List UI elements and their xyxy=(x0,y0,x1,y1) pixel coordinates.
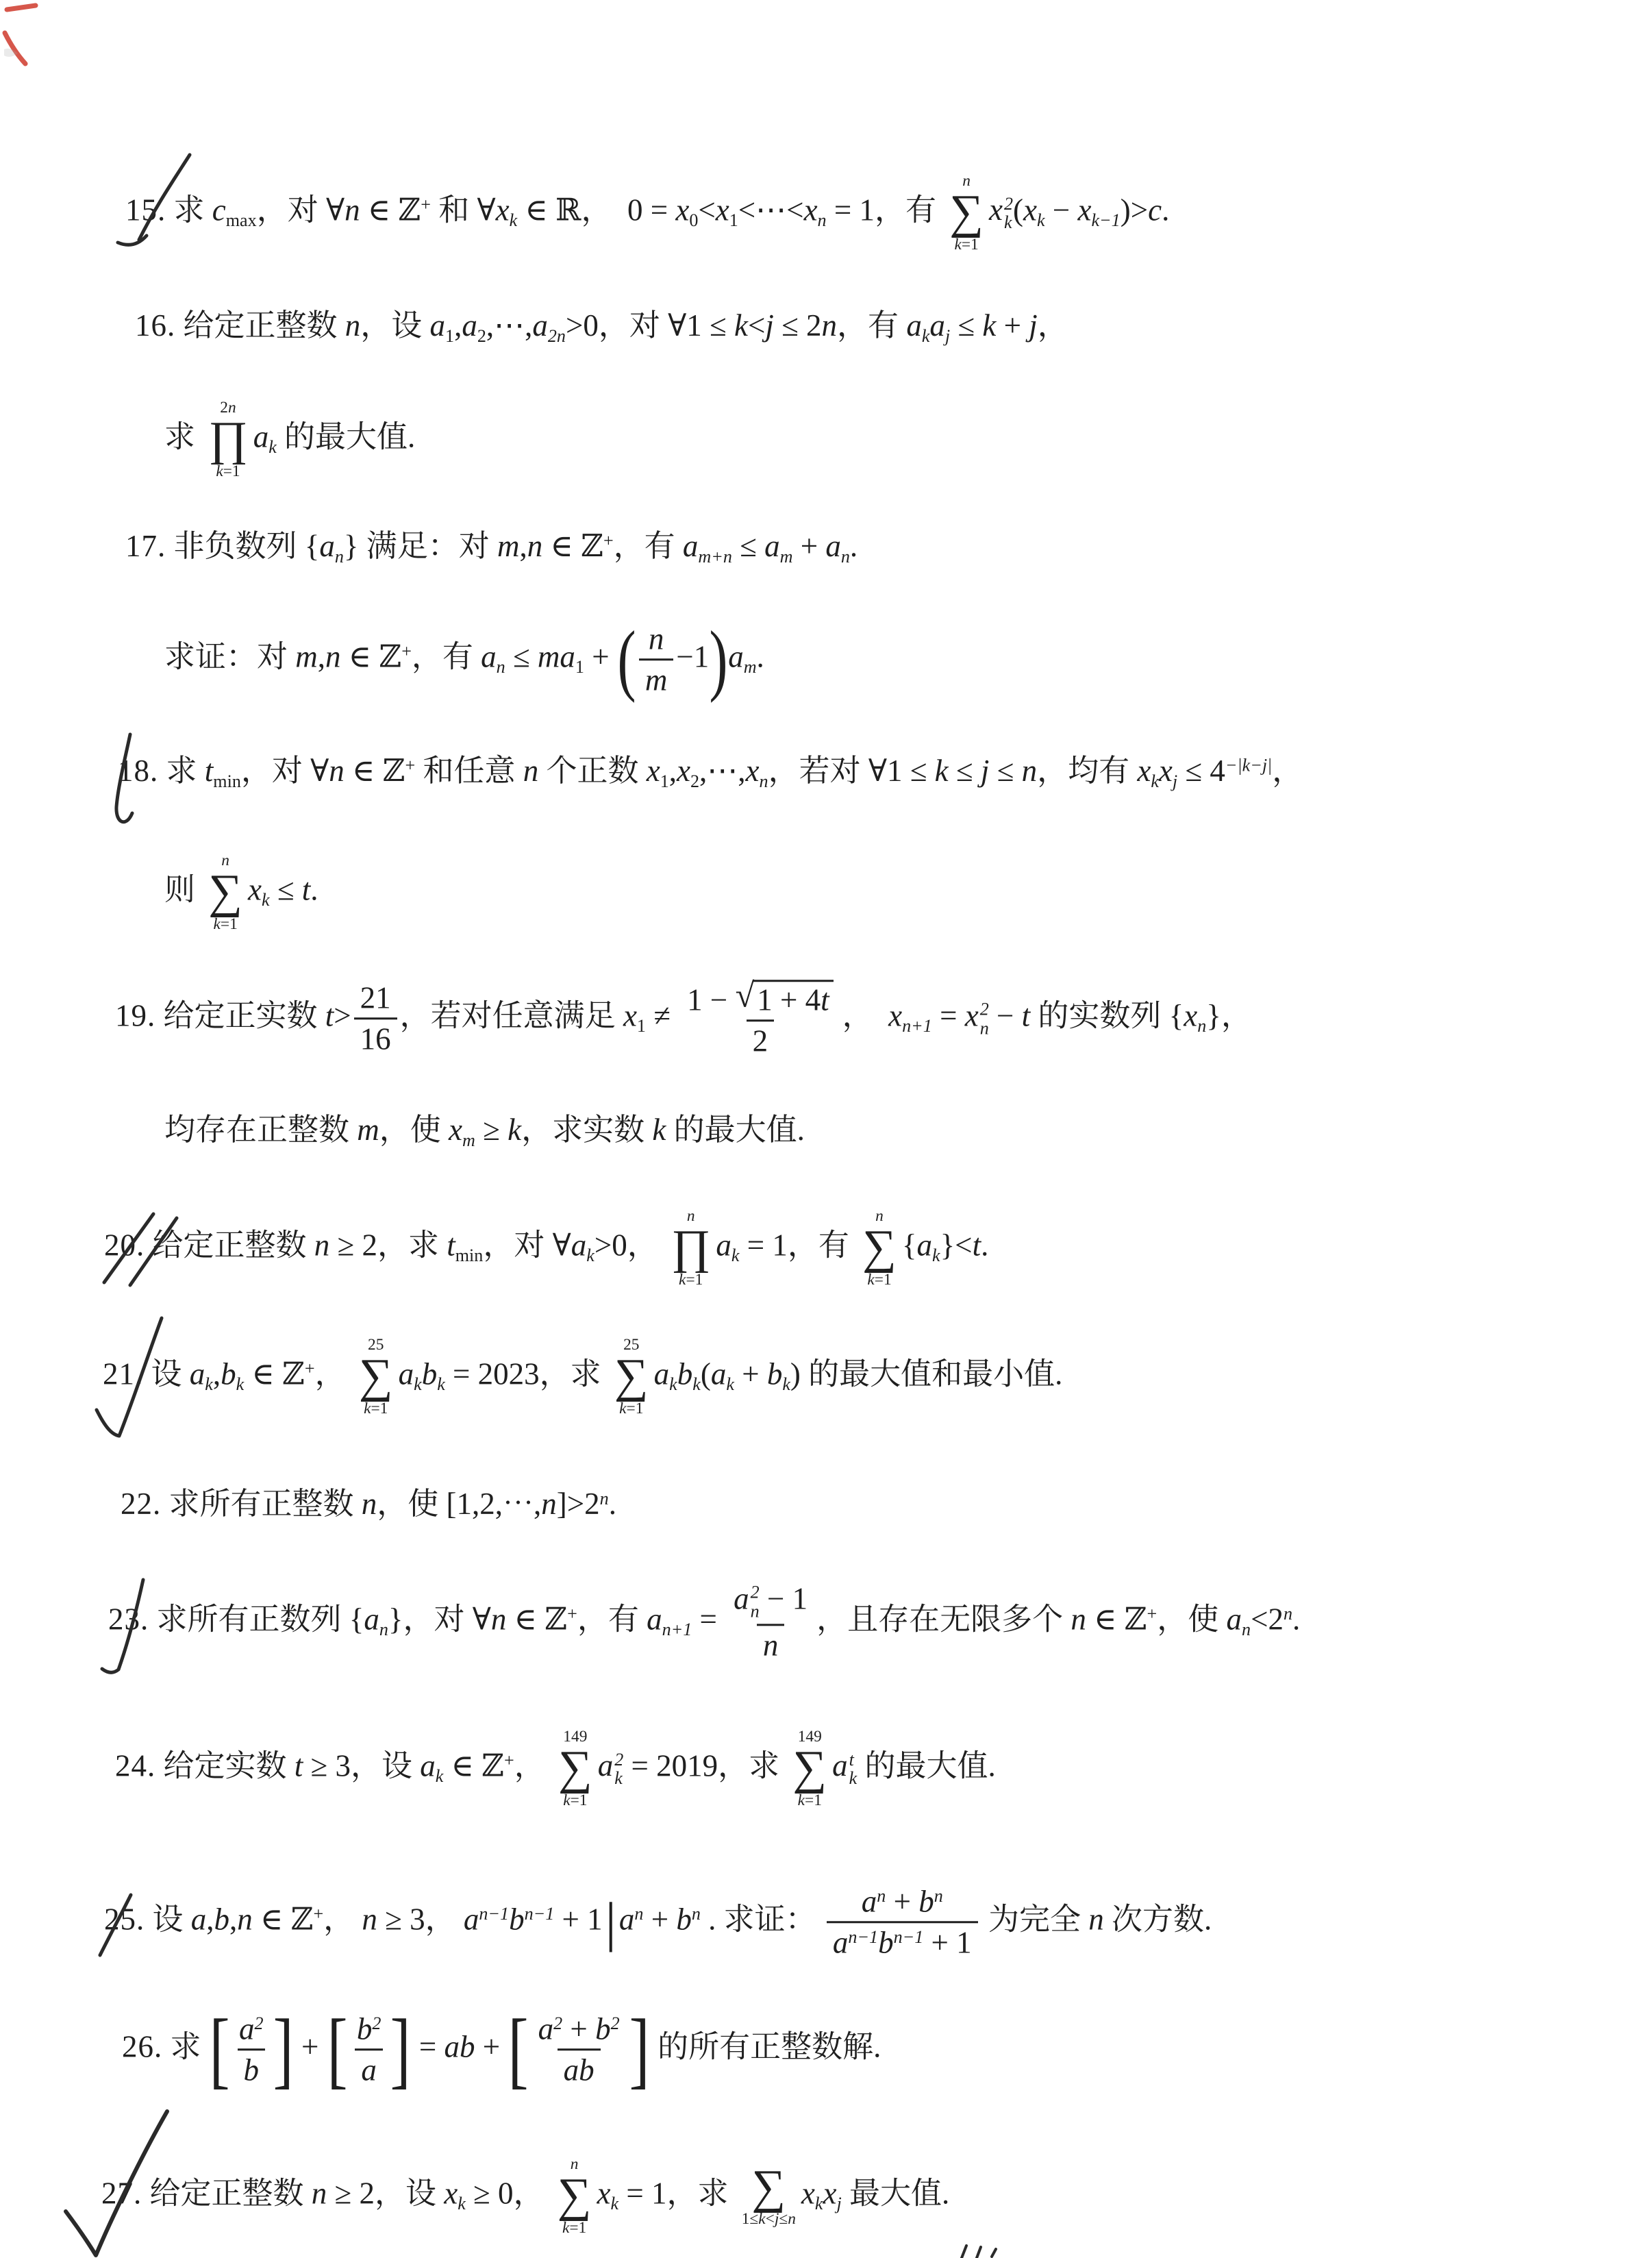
subscript: n xyxy=(980,1019,989,1037)
math-variable: k xyxy=(563,1793,570,1809)
fraction: nm xyxy=(639,623,674,697)
big-operator: 149∑k=1 xyxy=(792,1729,827,1809)
math-variable: k xyxy=(364,1401,371,1417)
math-variable: n xyxy=(362,1902,377,1936)
math-variable: j xyxy=(981,754,990,788)
subscript: min xyxy=(455,1245,484,1265)
math-variable: k xyxy=(954,237,961,253)
math-variable: b xyxy=(595,2011,611,2046)
tall-bracket: ] xyxy=(273,2018,293,2082)
subscript: k xyxy=(726,1374,734,1394)
math-variable: k xyxy=(679,1272,686,1288)
subscript: min xyxy=(213,771,241,791)
text-run: ∈ ℝ， 0 = xyxy=(517,193,675,227)
text-run: 均存在正整数 xyxy=(164,1113,357,1147)
math-variable: j xyxy=(1029,308,1038,343)
numerator: an + bn xyxy=(855,1885,949,1921)
tall-bracket: [ xyxy=(327,2018,347,2082)
problem-number: 25. xyxy=(104,1902,145,1936)
problem-19-line-1: 19. 给定正实数 t>2116，若对任意满足 x1 ≠ 1 − √1 + 4t… xyxy=(115,980,1252,1058)
problem-27-line-1: 27. 给定正整数 n ≥ 2，设 xk ≥ 0， n∑k=1xk = 1，求 … xyxy=(101,2157,949,2236)
cutoff-fragment-bottom xyxy=(962,2246,996,2258)
subscript: 1 xyxy=(729,210,738,230)
math-variable: k xyxy=(758,2211,765,2227)
math-variable: k xyxy=(562,2220,569,2236)
superscript: + xyxy=(504,1750,514,1770)
text-run: ，有 xyxy=(614,529,683,563)
numerator: 1 − √1 + 4t xyxy=(681,980,839,1019)
script-stack: tk xyxy=(849,1750,858,1788)
superscript: n−1 xyxy=(894,1927,924,1947)
subscript: 1 xyxy=(445,326,454,346)
subscript: k xyxy=(510,210,518,230)
tall-bracket: ] xyxy=(390,2018,411,2082)
superscript: + xyxy=(305,1358,315,1378)
fraction: b2a xyxy=(351,2013,388,2087)
subscript: n xyxy=(818,210,827,230)
text-run: 求 xyxy=(162,2029,209,2063)
text-run: + xyxy=(294,2029,327,2063)
text-run: 给定正整数 xyxy=(175,308,345,343)
math-variable: n xyxy=(345,308,361,343)
text-run: 求 xyxy=(164,419,203,454)
text-run: ，有 xyxy=(837,308,906,343)
text-run: ,⋯, xyxy=(699,754,746,788)
math-variable: a xyxy=(728,639,744,673)
math-variable: b xyxy=(918,1884,934,1918)
denominator: 16 xyxy=(354,1018,397,1056)
text-run: 16 xyxy=(360,1022,391,1056)
math-variable: a xyxy=(862,1884,877,1918)
text-run: . xyxy=(757,639,764,673)
subscript: k−1 xyxy=(1091,210,1120,230)
math-variable: a xyxy=(430,308,446,343)
text-run: 非负数列 { xyxy=(166,529,319,563)
problem-23-line-1: 23. 求所有正数列 {an}，对 ∀n ∈ ℤ+，有 an+1 = a2n −… xyxy=(108,1583,1300,1661)
subscript: k xyxy=(205,1374,213,1394)
subscript: k xyxy=(922,326,930,346)
red-mark-top xyxy=(7,5,36,10)
subscript: k xyxy=(669,1374,677,1394)
math-variable: a xyxy=(532,308,548,343)
math-variable: a xyxy=(929,308,945,343)
text-run: . 求证： xyxy=(701,1902,824,1936)
math-variable: j xyxy=(765,308,774,343)
math-variable: x xyxy=(746,754,760,788)
denominator: m xyxy=(639,659,674,697)
math-variable: b xyxy=(677,1356,693,1391)
lower-limit: k=1 xyxy=(216,464,240,480)
tall-bracket: [ xyxy=(209,2018,229,2082)
big-operator: 25∑k=1 xyxy=(614,1337,649,1417)
math-variable: m xyxy=(295,639,318,673)
big-operator: ∑1≤k<j≤n xyxy=(742,2166,796,2228)
math-variable: n xyxy=(1071,1602,1086,1636)
divides-bar: | xyxy=(605,1900,616,1945)
subscript: 2n xyxy=(548,326,566,346)
big-operator: n∑k=1 xyxy=(558,2157,592,2236)
math-variable: b xyxy=(357,2011,373,2046)
math-variable: a xyxy=(319,529,335,563)
math-variable: m xyxy=(645,663,668,697)
superscript: 2 xyxy=(553,2013,562,2033)
text-run: ，有 xyxy=(412,639,481,673)
text-run: ∈ ℤ xyxy=(1086,1602,1147,1636)
math-variable: n xyxy=(649,621,664,656)
superscript: 2 xyxy=(1004,195,1013,213)
math-variable: x xyxy=(675,193,689,227)
math-variable: n xyxy=(1022,754,1038,788)
subscript: m xyxy=(462,1130,475,1150)
math-variable: ab xyxy=(445,2029,475,2063)
math-variable: x xyxy=(1077,193,1091,227)
math-variable: t xyxy=(302,872,311,906)
text-run: , xyxy=(669,754,677,788)
subscript: n+1 xyxy=(902,1016,932,1036)
subscript: n xyxy=(751,1602,760,1620)
math-variable: n xyxy=(325,639,341,673)
math-variable: x xyxy=(801,2176,815,2210)
text-run: + xyxy=(584,639,617,673)
math-variable: a xyxy=(420,1748,436,1783)
math-variable: t xyxy=(1022,998,1031,1032)
big-operator: 149∑k=1 xyxy=(558,1729,592,1809)
text-run: 给定正实数 xyxy=(155,998,325,1032)
math-variable: x xyxy=(1137,754,1151,788)
subscript: j xyxy=(836,2194,841,2213)
subscript: n xyxy=(1197,1016,1206,1036)
math-variable: a xyxy=(481,639,497,673)
sub-sup-stack: x2k xyxy=(989,193,1013,227)
fraction: 2116 xyxy=(354,982,397,1056)
math-variable: b xyxy=(878,1926,894,1960)
math-variable: x xyxy=(449,1113,462,1147)
superscript: n−1 xyxy=(525,1904,555,1924)
text-run: = 1，有 xyxy=(740,1228,858,1262)
problem-26-line-1: 26. 求 [a2b] + [b2a] = ab + [a2 + b2ab] 的… xyxy=(122,2013,881,2087)
numerator: n xyxy=(642,623,671,658)
text-run: ∈ ℤ xyxy=(506,1602,567,1636)
tall-bracket: [ xyxy=(508,2018,529,2082)
math-variable: n xyxy=(491,1602,507,1636)
math-variable: ab xyxy=(564,2053,595,2087)
math-variable: a xyxy=(711,1356,727,1391)
math-variable: a xyxy=(832,1748,848,1783)
math-variable: a xyxy=(253,419,269,454)
math-variable: n xyxy=(822,308,838,343)
problem-number: 15. xyxy=(125,193,166,227)
math-variable: a xyxy=(916,1228,932,1262)
subscript: 1 xyxy=(637,1016,646,1036)
text-run: ，若对任意满足 xyxy=(400,998,623,1032)
scanned-worksheet-page: 15. 求 cmax，对 ∀n ∈ ℤ+ 和 ∀xk ∈ ℝ， 0 = x0<x… xyxy=(0,0,1652,2258)
math-variable: a xyxy=(764,529,780,563)
text-run: ∈ ℤ xyxy=(443,1748,504,1783)
math-variable: m xyxy=(497,529,520,563)
text-run: = 2023，求 xyxy=(445,1356,609,1391)
operator-symbol: ∑ xyxy=(751,2166,786,2209)
math-variable: a xyxy=(462,308,477,343)
math-variable: k xyxy=(935,754,949,788)
text-run: 和 ∀ xyxy=(431,193,496,227)
math-variable: a xyxy=(647,1602,662,1636)
superscript: −|k−j| xyxy=(1225,756,1272,776)
problem-21-line-1: 21. 设 ak,bk ∈ ℤ+， 25∑k=1akbk = 2023，求 25… xyxy=(103,1337,1062,1417)
operator-symbol: ∏ xyxy=(208,417,247,461)
superscript: 2 xyxy=(254,2013,263,2033)
text-run: ∈ ℤ xyxy=(345,754,405,788)
subscript: k xyxy=(1151,771,1159,791)
text-run: ，对 ∀ xyxy=(257,193,345,227)
operator-symbol: ∑ xyxy=(614,1354,649,1398)
math-variable: a xyxy=(833,1926,849,1960)
text-run: 求所有正数列 { xyxy=(149,1602,364,1636)
math-variable: x xyxy=(989,193,1003,227)
subscript: k xyxy=(932,1245,940,1265)
math-variable: a xyxy=(598,1748,614,1783)
superscript: + xyxy=(421,195,431,214)
math-variable: t xyxy=(973,1228,981,1262)
math-variable: b xyxy=(214,1902,230,1936)
subscript: k xyxy=(849,1769,858,1787)
math-variable: x xyxy=(248,872,262,906)
big-operator: n∑k=1 xyxy=(208,853,242,932)
operator-symbol: ∏ xyxy=(671,1226,710,1269)
math-variable: a xyxy=(716,1228,731,1262)
text-run: . xyxy=(850,529,858,563)
math-variable: n xyxy=(345,193,360,227)
math-variable: x xyxy=(804,193,818,227)
subscript: k xyxy=(268,437,277,457)
text-run: ≤ xyxy=(270,872,302,906)
subscript: n xyxy=(379,1620,388,1639)
text-run: , xyxy=(229,1902,237,1936)
text-run: ≥ 0， xyxy=(466,2176,552,2210)
subscript: n xyxy=(335,547,344,567)
math-variable: n xyxy=(314,1228,330,1262)
denominator: a xyxy=(355,2049,383,2087)
tall-paren: ( xyxy=(617,630,636,689)
text-run: ≤ xyxy=(949,754,981,788)
text-run: 2 xyxy=(753,1024,768,1058)
text-run: 的最大值. xyxy=(857,1748,996,1783)
text-run: 次方数. xyxy=(1104,1902,1212,1936)
math-variable: b xyxy=(244,2053,260,2087)
superscript: + xyxy=(567,1604,577,1624)
text-run: { xyxy=(902,1228,917,1262)
math-variable: b xyxy=(509,1902,525,1936)
math-variable: a xyxy=(619,1902,635,1936)
subscript: 1 xyxy=(660,771,669,791)
problem-16-line-2: 求 2n∏k=1ak 的最大值. xyxy=(164,400,415,480)
text-run: , xyxy=(454,308,462,343)
text-run: 21 xyxy=(360,980,391,1015)
text-run: 1 − xyxy=(687,982,735,1017)
text-run: ≤ xyxy=(989,754,1021,788)
math-variable: k xyxy=(619,1401,626,1417)
problem-25-line-1: 25. 设 a,b,n ∈ ℤ+， n ≥ 3， an−1bn−1 + 1|an… xyxy=(104,1885,1212,1959)
text-run: − xyxy=(989,998,1022,1032)
text-run: ≥ 2，求 xyxy=(329,1228,447,1262)
superscript: t xyxy=(849,1750,858,1769)
superscript: 2 xyxy=(611,2013,620,2033)
lower-limit: k=1 xyxy=(562,2220,586,2236)
problem-17-line-2: 求证：对 m,n ∈ ℤ+，有 an ≤ ma1 + (nm−1)am. xyxy=(164,623,764,697)
text-run: =1 xyxy=(371,1401,388,1417)
subscript: 2 xyxy=(690,771,699,791)
text-run: + 1 xyxy=(923,1926,971,1960)
math-variable: x xyxy=(677,754,690,788)
text-run: =1 xyxy=(569,2220,586,2236)
text-run: =1 xyxy=(875,1272,892,1288)
text-run: ≤ xyxy=(732,529,764,563)
text-run: 1≤ xyxy=(742,2211,759,2227)
math-variable: n xyxy=(523,754,539,788)
problem-number: 19. xyxy=(115,998,155,1032)
math-variable: k xyxy=(982,308,996,343)
subscript: k xyxy=(236,1374,245,1394)
math-variable: t xyxy=(205,754,214,788)
math-variable: x xyxy=(496,193,510,227)
problem-number: 22. xyxy=(121,1487,161,1521)
math-variable: t xyxy=(821,982,829,1017)
lower-limit: k=1 xyxy=(954,237,978,253)
math-variable: c xyxy=(1148,193,1162,227)
tall-paren: ) xyxy=(710,630,728,689)
problem-number: 24. xyxy=(115,1748,155,1783)
text-run: <2 xyxy=(1251,1602,1284,1636)
text-run: ，使 xyxy=(1157,1602,1226,1636)
text-run: 1 + 4 xyxy=(757,982,821,1017)
math-variable: b xyxy=(676,1902,692,1936)
text-run: 为完全 xyxy=(981,1902,1089,1936)
text-run: >0，对 ∀1 ≤ xyxy=(566,308,734,343)
text-run: 给定正整数 xyxy=(145,1228,314,1262)
text-run: ≤ xyxy=(779,2211,788,2227)
text-run: = 1，求 xyxy=(618,2176,736,2210)
text-run: < xyxy=(766,2211,775,2227)
numerator: b2 xyxy=(351,2013,388,2048)
operator-symbol: ∑ xyxy=(792,1746,827,1790)
text-run: ≤ xyxy=(505,639,538,673)
text-run: + xyxy=(734,1356,767,1391)
math-variable: x xyxy=(1184,998,1197,1032)
text-run: <⋯< xyxy=(738,193,804,227)
subscript: k xyxy=(815,2194,823,2213)
subscript: k xyxy=(610,2194,618,2213)
big-operator: 2n∏k=1 xyxy=(208,400,247,480)
superscript: 2 xyxy=(980,1000,989,1019)
math-variable: a xyxy=(825,529,841,563)
superscript: 2 xyxy=(751,1583,760,1602)
math-variable: t xyxy=(295,1748,303,1783)
text-run: 的最大值. xyxy=(277,419,416,454)
math-variable: n xyxy=(1088,1902,1104,1936)
text-run: =1 xyxy=(571,1793,588,1809)
sub-sup-stack: x2n xyxy=(965,998,989,1032)
math-variable: k xyxy=(652,1113,666,1147)
text-run: = xyxy=(932,998,965,1032)
text-run: }< xyxy=(940,1228,973,1262)
subscript: k xyxy=(614,1769,623,1787)
subscript: 1 xyxy=(575,657,584,677)
subscript: k xyxy=(731,1245,740,1265)
math-variable: x xyxy=(623,998,637,1032)
text-run: . xyxy=(609,1487,616,1521)
math-variable: x xyxy=(823,2176,836,2210)
math-variable: a xyxy=(399,1356,414,1391)
text-run: 求证：对 xyxy=(164,639,295,673)
problem-19-line-2: 均存在正整数 m，使 xm ≥ k，求实数 k 的最大值. xyxy=(164,1113,805,1151)
subscript: k xyxy=(436,1766,444,1786)
problem-18-line-1: 18. 求 tmin，对 ∀n ∈ ℤ+ 和任意 n 个正数 x1,x2,⋯,x… xyxy=(118,754,1303,792)
big-operator: n∏k=1 xyxy=(671,1208,710,1288)
subscript: k xyxy=(1037,210,1045,230)
text-run: ≤ xyxy=(950,308,982,343)
text-run: 求所有正整数 xyxy=(161,1487,362,1521)
problem-18-line-2: 则 n∑k=1xk ≤ t. xyxy=(164,853,318,932)
math-variable: a xyxy=(654,1356,670,1391)
math-variable: k xyxy=(798,1793,805,1809)
operator-symbol: ∑ xyxy=(862,1226,897,1269)
superscript: n xyxy=(1284,1604,1292,1624)
math-variable: x xyxy=(888,998,902,1032)
text-run: + xyxy=(886,1884,918,1918)
text-run: 和任意 xyxy=(415,754,523,788)
text-run: 的实数列 { xyxy=(1030,998,1184,1032)
subscript: max xyxy=(226,210,257,230)
problem-17-line-1: 17. 非负数列 {an} 满足：对 m,n ∈ ℤ+，有 am+n ≤ am … xyxy=(125,529,858,567)
superscript: n−1 xyxy=(848,1927,878,1947)
text-run: − xyxy=(1045,193,1078,227)
big-operator: n∑k=1 xyxy=(949,173,984,253)
text-run: ， xyxy=(1272,754,1303,788)
subscript: k xyxy=(437,1374,445,1394)
text-run: + xyxy=(792,529,825,563)
subscript: m+n xyxy=(698,547,732,567)
subscript: 2 xyxy=(477,326,486,346)
text-run: 的最大值. xyxy=(666,1113,805,1147)
text-run: = 2019，求 xyxy=(623,1748,787,1783)
text-run: , xyxy=(213,1356,221,1391)
operator-symbol: ∑ xyxy=(359,1354,393,1398)
math-variable: n xyxy=(362,1487,377,1521)
operator-symbol: ∑ xyxy=(208,870,242,914)
text-run: ≤ 2 xyxy=(774,308,822,343)
superscript: + xyxy=(401,641,412,661)
text-run: ≠ xyxy=(646,998,678,1032)
sub-sup-stack: atk xyxy=(832,1748,857,1783)
text-run: 则 xyxy=(164,872,203,906)
text-run: , xyxy=(206,1902,214,1936)
problem-16-line-1: 16. 给定正整数 n，设 a1,a2,⋯,a2n>0，对 ∀1 ≤ k<j ≤… xyxy=(135,308,1068,347)
script-stack: 2k xyxy=(1004,195,1013,232)
radical-sign: √ xyxy=(736,978,755,1012)
text-run: 求 xyxy=(166,193,212,227)
math-variable: n xyxy=(329,754,345,788)
text-run: ， xyxy=(315,1356,353,1391)
text-run: ，求实数 xyxy=(521,1113,652,1147)
denominator: ab xyxy=(558,2049,601,2087)
superscript: + xyxy=(1147,1604,1157,1624)
text-run: } 满足：对 xyxy=(344,529,497,563)
subscript: k xyxy=(458,2194,466,2213)
math-variable: ma xyxy=(538,639,575,673)
math-variable: n xyxy=(527,529,543,563)
text-run: ∈ ℤ xyxy=(360,193,421,227)
problem-number: 23. xyxy=(108,1602,149,1636)
text-run: , xyxy=(318,639,325,673)
